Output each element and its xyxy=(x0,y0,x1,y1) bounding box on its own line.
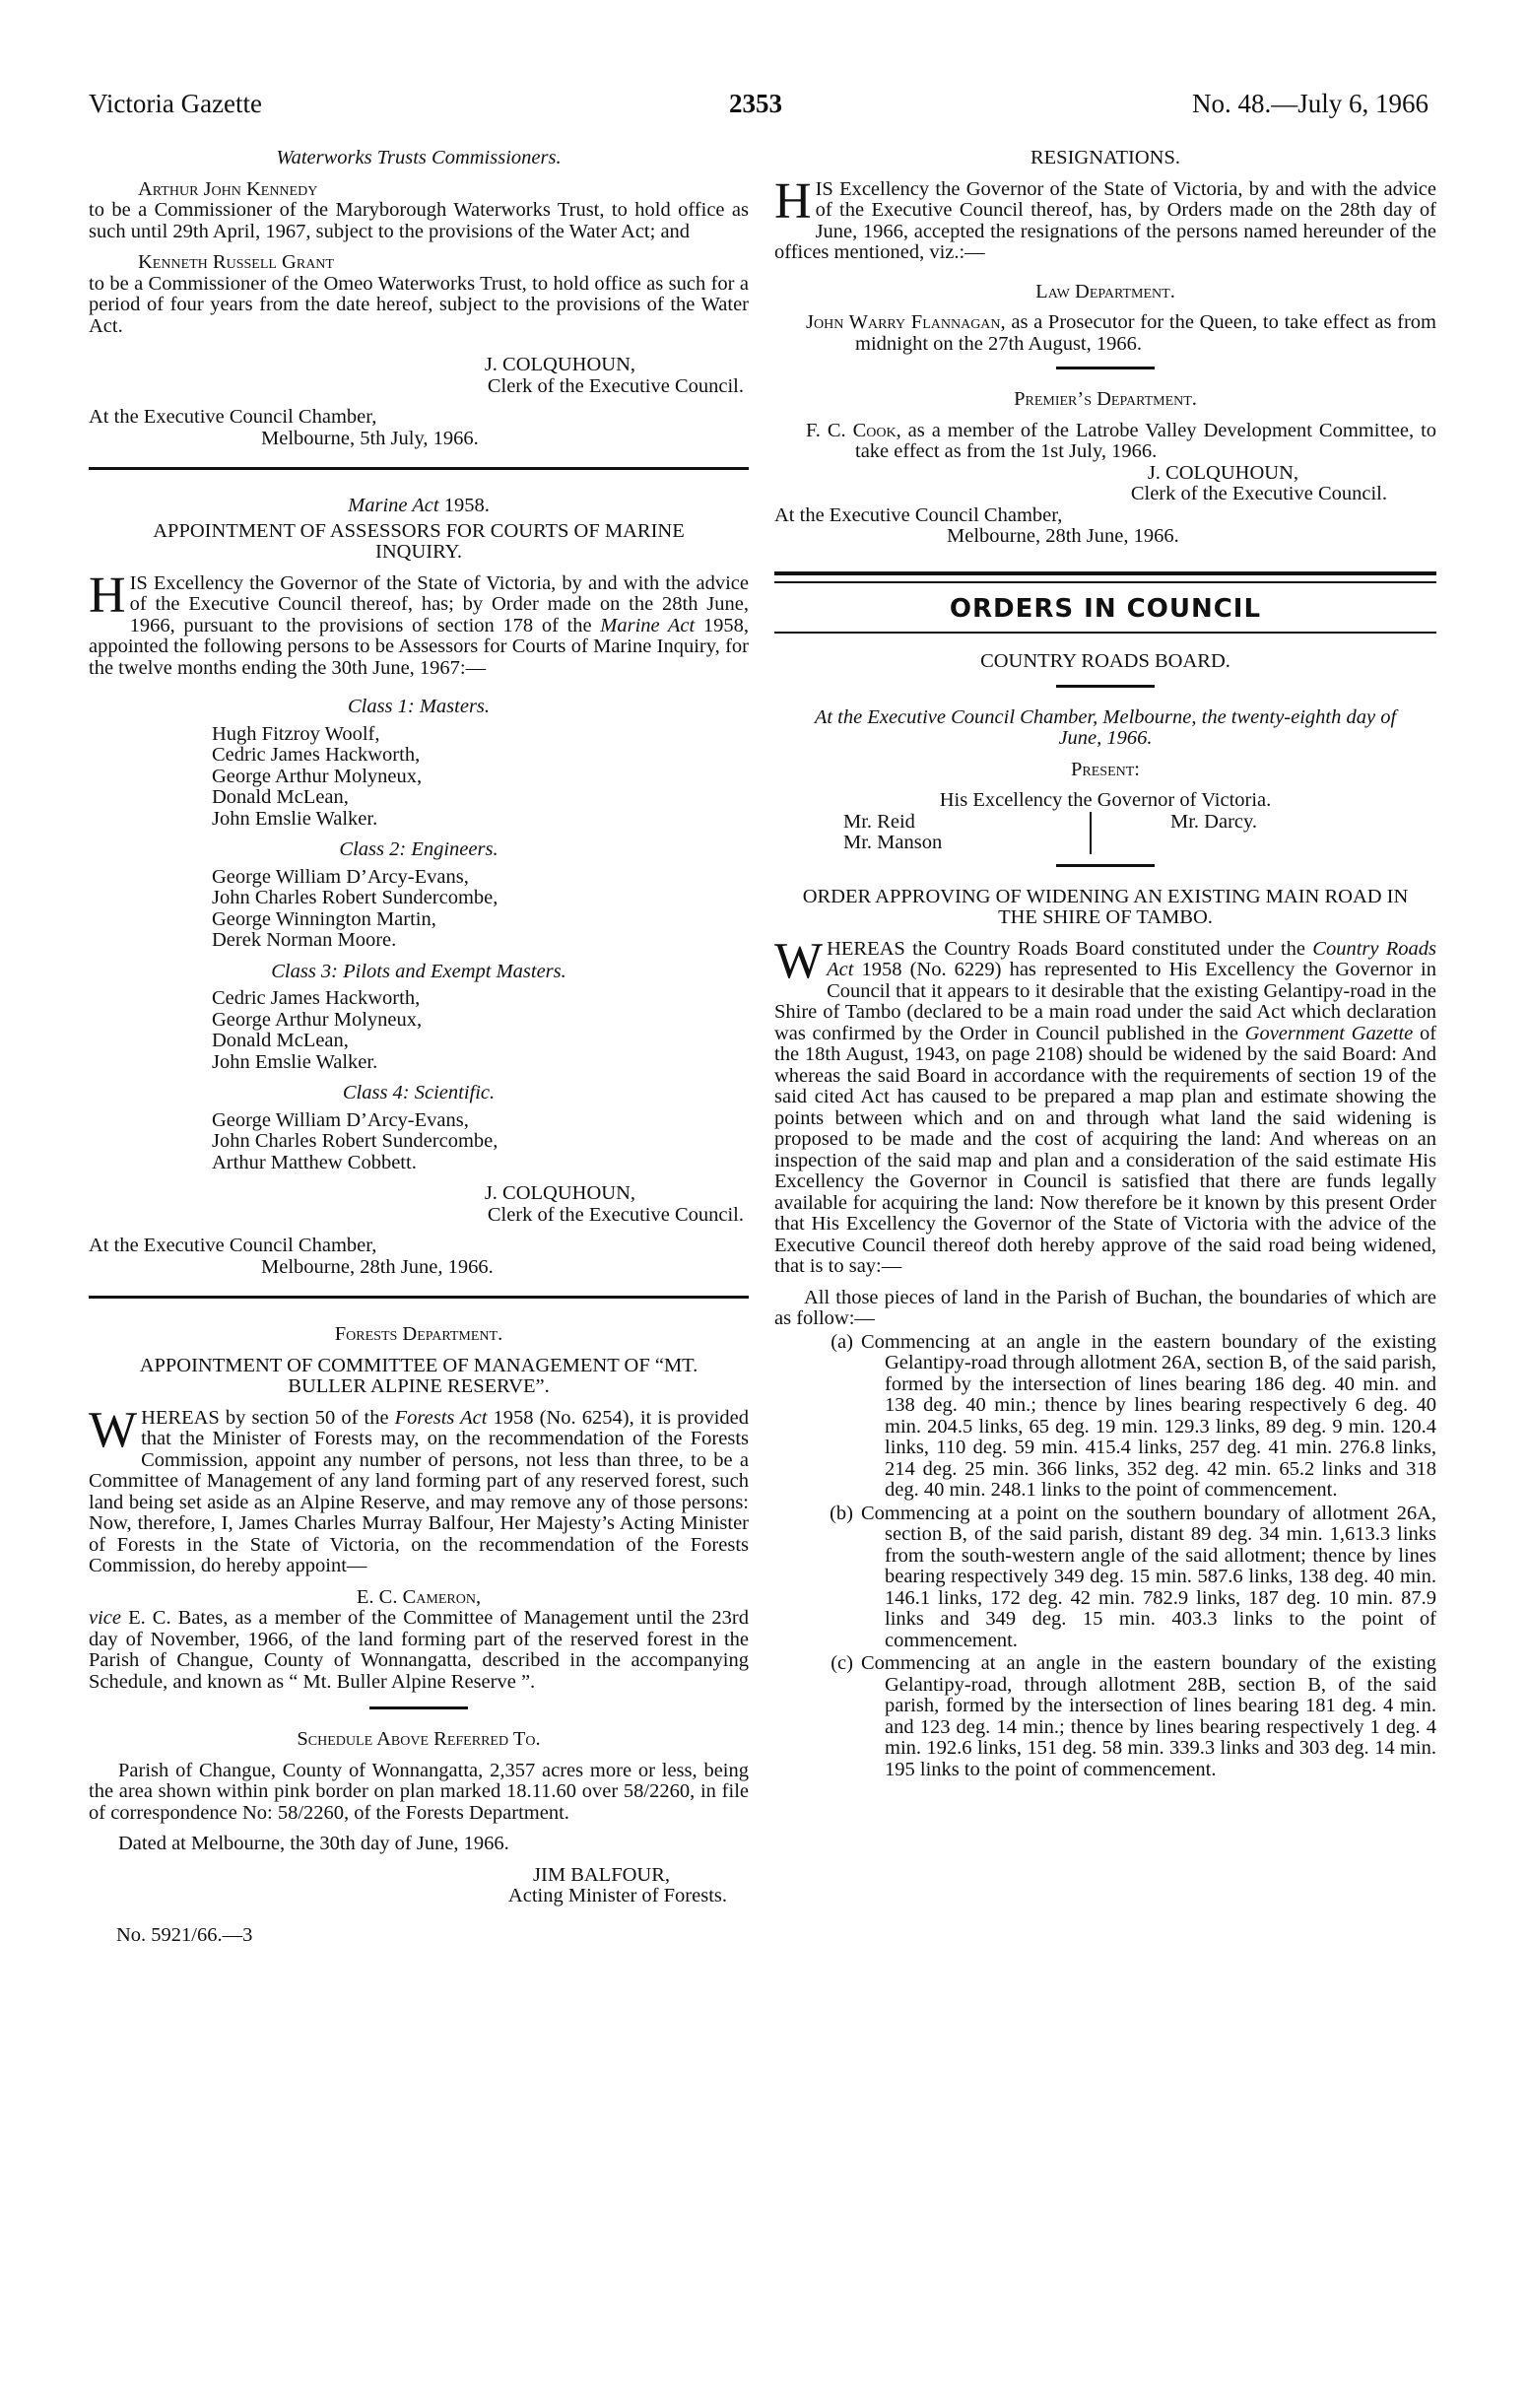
section-divider xyxy=(89,467,749,470)
right-column: RESIGNATIONS. HIS Excellency the Governo… xyxy=(774,148,1436,1780)
act-year: 1958. xyxy=(439,495,490,516)
department-heading: Premier’s Department. xyxy=(774,389,1436,411)
left-column: Waterworks Trusts Commissioners. Arthur … xyxy=(89,148,749,1946)
orders-in-council: ORDERS IN COUNCIL COUNTRY ROADS BOARD. A… xyxy=(774,599,1436,1781)
assessor-list: George William D’Arcy-Evans,John Charles… xyxy=(89,867,749,952)
class-heading: Class 2: Engineers. xyxy=(89,839,749,861)
short-divider xyxy=(369,1706,468,1709)
signatory-title: Clerk of the Executive Council. xyxy=(89,1205,749,1227)
chamber-line: At the Executive Council Chamber, xyxy=(774,505,1436,527)
parish-intro: All those pieces of land in the Parish o… xyxy=(774,1288,1436,1330)
marine-body: HIS Excellency the Governor of the State… xyxy=(89,573,749,680)
board-heading: COUNTRY ROADS BOARD. xyxy=(774,651,1436,673)
chamber-date: Melbourne, 5th July, 1966. xyxy=(89,429,749,450)
assessor-name: George William D’Arcy-Evans, xyxy=(212,1110,749,1132)
chamber-line: At the Executive Council Chamber, xyxy=(89,407,749,429)
assessor-name: George Arthur Molyneux, xyxy=(212,1010,749,1032)
item-text: Commencing at a point on the southern bo… xyxy=(861,1504,1436,1652)
assessor-name: Cedric James Hackworth, xyxy=(212,988,749,1010)
assessor-classes: Class 1: Masters.Hugh Fitzroy Woolf,Cedr… xyxy=(89,697,749,1173)
assessor-list: Hugh Fitzroy Woolf,Cedric James Hackwort… xyxy=(89,724,749,831)
department-heading: Law Department. xyxy=(774,282,1436,303)
present-members: Mr. Reid Mr. Manson Mr. Darcy. xyxy=(774,812,1436,854)
short-divider xyxy=(1056,685,1155,688)
forests-title: APPOINTMENT OF COMMITTEE OF MANAGEMENT O… xyxy=(89,1356,749,1398)
dropcap: H xyxy=(774,181,812,223)
assessor-name: Hugh Fitzroy Woolf, xyxy=(212,724,749,746)
assessor-list: George William D’Arcy-Evans,John Charles… xyxy=(89,1110,749,1174)
member-name: Mr. Manson xyxy=(843,833,1090,854)
signatory-name: J. COLQUHOUN, xyxy=(89,355,749,376)
signatory-name: J. COLQUHOUN, xyxy=(89,1183,749,1205)
act-name: Marine Act xyxy=(348,495,438,516)
boundary-item: (c)Commencing at an angle in the eastern… xyxy=(774,1653,1436,1780)
member-name: Mr. Reid xyxy=(843,812,1090,834)
assessor-name: John Emslie Walker. xyxy=(212,809,749,831)
resignations-title: RESIGNATIONS. xyxy=(774,148,1436,169)
assessor-name: Donald McLean, xyxy=(212,787,749,809)
assessor-name: Derek Norman Moore. xyxy=(212,930,749,952)
resignation-entry: F. C. Cook, as a member of the Latrobe V… xyxy=(774,421,1436,463)
class-heading: Class 3: Pilots and Exempt Masters. xyxy=(89,962,749,983)
item-text: Commencing at an angle in the eastern bo… xyxy=(861,1332,1436,1502)
waterworks-notice: Waterworks Trusts Commissioners. Arthur … xyxy=(89,148,749,449)
appointee-name: Kenneth Russell Grant xyxy=(89,252,749,274)
resignations-body: HIS Excellency the Governor of the State… xyxy=(774,179,1436,264)
resignation-entry: John Warry Flannagan, as a Prosecutor fo… xyxy=(774,312,1436,355)
waterworks-heading: Waterworks Trusts Commissioners. xyxy=(89,148,749,169)
page-header: Victoria Gazette 2353 No. 48.—July 6, 19… xyxy=(89,89,1429,128)
department-heading: Forests Department. xyxy=(89,1324,749,1346)
section-divider xyxy=(774,571,1436,583)
governor-line: His Excellency the Governor of Victoria. xyxy=(774,790,1436,812)
signatory-title: Acting Minister of Forests. xyxy=(89,1886,749,1907)
class-heading: Class 4: Scientific. xyxy=(89,1083,749,1104)
appointee-text: to be a Commissioner of the Maryborough … xyxy=(89,200,749,242)
signatory-title: Clerk of the Executive Council. xyxy=(89,376,749,398)
page-number: 2353 xyxy=(729,89,782,119)
appointee-name: E. C. Cameron, xyxy=(89,1587,749,1609)
assessor-name: George William D’Arcy-Evans, xyxy=(212,867,749,889)
assessor-list: Cedric James Hackworth,George Arthur Mol… xyxy=(89,988,749,1073)
item-label: (a) xyxy=(774,1332,861,1502)
order-body: WHEREAS the Country Roads Board constitu… xyxy=(774,939,1436,1278)
banner-rule xyxy=(774,632,1436,634)
boundary-item: (a)Commencing at an angle in the eastern… xyxy=(774,1332,1436,1502)
class-heading: Class 1: Masters. xyxy=(89,697,749,718)
member-name: Mr. Darcy. xyxy=(1170,812,1257,834)
forests-body: WHEREAS by section 50 of the Forests Act… xyxy=(89,1408,749,1577)
publication-title: Victoria Gazette xyxy=(89,89,262,119)
assessor-name: John Charles Robert Sundercombe, xyxy=(212,1131,749,1153)
chamber-date: Melbourne, 28th June, 1966. xyxy=(89,1257,749,1279)
order-title: ORDER APPROVING OF WIDENING AN EXISTING … xyxy=(774,887,1436,929)
dropcap: W xyxy=(774,941,823,982)
short-divider xyxy=(1056,367,1155,369)
orders-banner: ORDERS IN COUNCIL xyxy=(774,599,1436,621)
signatory-name: JIM BALFOUR, xyxy=(89,1865,749,1887)
dropcap: W xyxy=(89,1410,137,1451)
signatory-title: Clerk of the Executive Council. xyxy=(774,484,1436,505)
section-divider xyxy=(89,1296,749,1299)
schedule-heading: Schedule Above Referred To. xyxy=(89,1729,749,1751)
resignations-notice: RESIGNATIONS. HIS Excellency the Governo… xyxy=(774,148,1436,548)
assessor-name: Donald McLean, xyxy=(212,1031,749,1052)
item-text: Commencing at an angle in the eastern bo… xyxy=(861,1653,1436,1780)
chamber-italic: At the Executive Council Chamber, Melbou… xyxy=(774,707,1436,750)
marine-title: APPOINTMENT OF ASSESSORS FOR COURTS OF M… xyxy=(89,517,749,564)
chamber-date: Melbourne, 28th June, 1966. xyxy=(774,526,1436,548)
short-divider xyxy=(1056,864,1155,867)
chamber-line: At the Executive Council Chamber, xyxy=(89,1236,749,1257)
assessor-name: John Emslie Walker. xyxy=(212,1052,749,1074)
assessor-name: Arthur Matthew Cobbett. xyxy=(212,1153,749,1174)
dated-line: Dated at Melbourne, the 30th day of June… xyxy=(89,1834,749,1855)
reference-number: No. 5921/66.—3 xyxy=(89,1925,749,1947)
assessor-name: Cedric James Hackworth, xyxy=(212,745,749,767)
boundary-list: (a)Commencing at an angle in the eastern… xyxy=(774,1332,1436,1781)
appointee-name: Arthur John Kennedy xyxy=(89,179,749,201)
item-label: (c) xyxy=(774,1653,861,1780)
issue-date: No. 48.—July 6, 1966 xyxy=(1192,89,1429,119)
assessor-name: George Arthur Molyneux, xyxy=(212,767,749,788)
assessor-name: George Winnington Martin, xyxy=(212,909,749,931)
appointee-text: vice E. C. Bates, as a member of the Com… xyxy=(89,1608,749,1693)
dropcap: H xyxy=(89,575,126,617)
assessor-name: John Charles Robert Sundercombe, xyxy=(212,888,749,909)
marine-notice: Marine Act 1958. APPOINTMENT OF ASSESSOR… xyxy=(89,496,749,1278)
forests-notice: Forests Department. APPOINTMENT OF COMMI… xyxy=(89,1324,749,1946)
appointee-text: to be a Commissioner of the Omeo Waterwo… xyxy=(89,274,749,338)
boundary-item: (b)Commencing at a point on the southern… xyxy=(774,1504,1436,1652)
signatory-name: J. COLQUHOUN, xyxy=(774,463,1436,485)
present-label: Present: xyxy=(774,760,1436,781)
item-label: (b) xyxy=(774,1504,861,1652)
schedule-text: Parish of Changue, County of Wonnangatta… xyxy=(89,1761,749,1825)
